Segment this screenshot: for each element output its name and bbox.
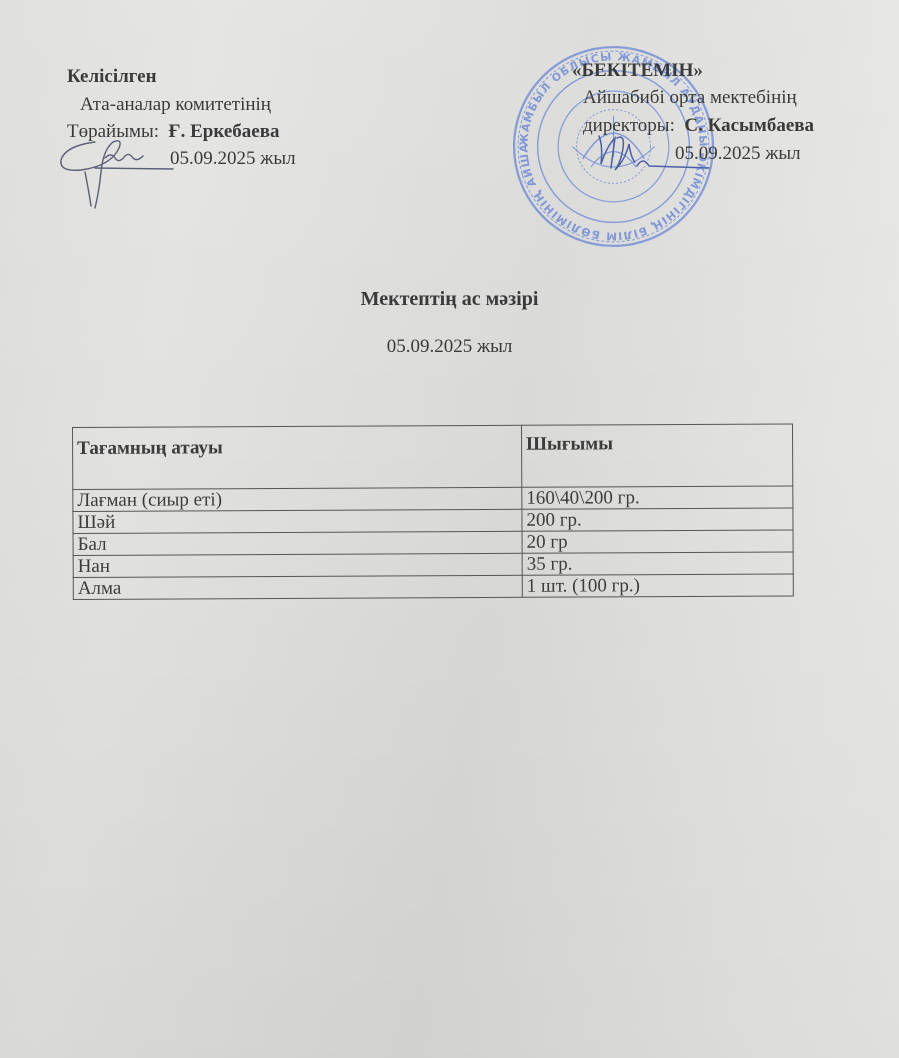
header-dish-name: Тағамның атауы: [73, 425, 522, 489]
approval-left-title: Келісілген: [67, 66, 157, 88]
table-header-row: Тағамның атауы Шығымы: [73, 424, 793, 490]
signature-left-icon: [55, 128, 175, 213]
dish-portion: 1 шт. (100 гр.): [522, 574, 793, 597]
table-row: Алма 1 шт. (100 гр.): [73, 574, 793, 600]
approval-left-committee: Ата-аналар комитетінің: [80, 94, 271, 116]
document-date: 05.09.2025 жыл: [0, 336, 899, 358]
approval-right-school: Айшабибі орта мектебінің: [583, 87, 797, 109]
dish-name: Лағман (сиыр еті): [73, 487, 522, 511]
dish-portion: 200 гр.: [522, 508, 793, 531]
dish-portion: 20 гр: [522, 530, 793, 553]
header-portion: Шығымы: [521, 424, 792, 487]
signature-right-icon: [593, 128, 713, 178]
dish-portion: 35 гр.: [522, 552, 793, 575]
menu-table: Тағамның атауы Шығымы Лағман (сиыр еті) …: [72, 423, 794, 600]
approval-right-title: «БЕКІТЕМІН»: [572, 60, 703, 82]
dish-name: Нан: [73, 553, 522, 577]
approval-left-date: 05.09.2025 жыл: [170, 148, 296, 170]
approval-left-name: Ғ. Еркебаева: [169, 121, 280, 142]
dish-name: Бал: [73, 531, 522, 555]
dish-portion: 160\40\200 гр.: [522, 486, 793, 509]
document-title: Мектептің ас мәзірі: [0, 288, 899, 311]
dish-name: Шәй: [73, 509, 522, 533]
dish-name: Алма: [73, 575, 522, 599]
